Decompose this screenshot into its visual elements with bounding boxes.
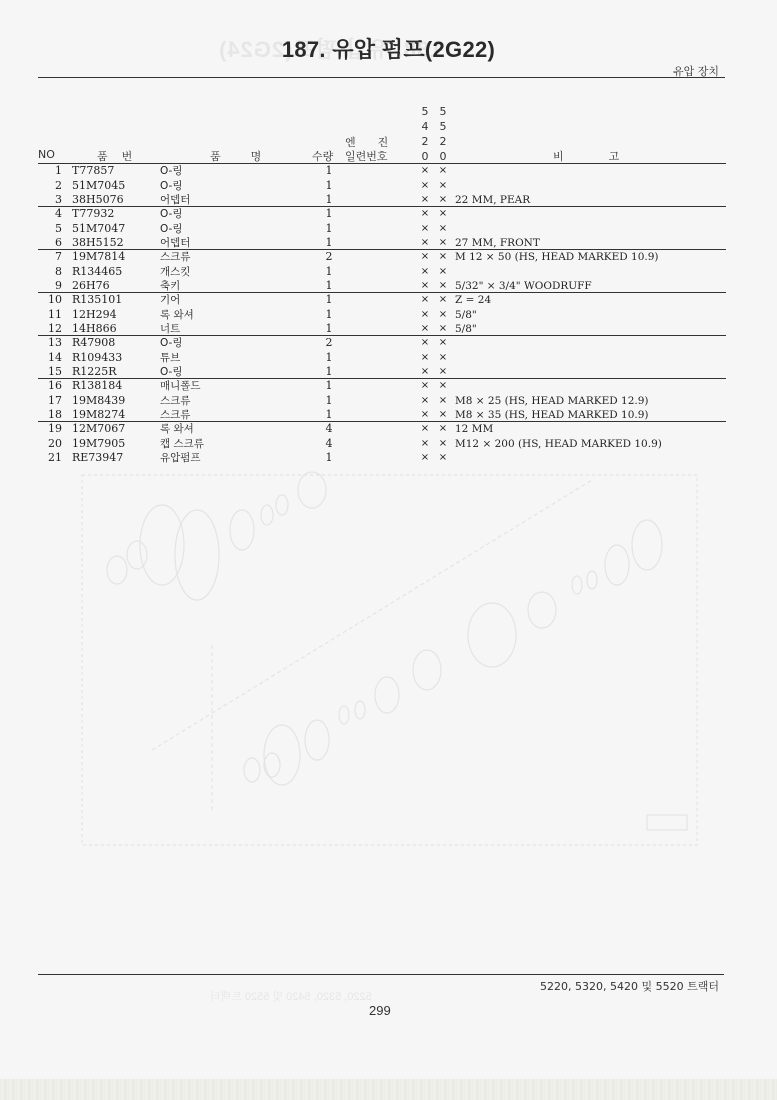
part-number: 51M7045	[72, 179, 125, 193]
model-digit: 2	[437, 134, 449, 149]
part-name: O-링	[160, 207, 183, 221]
part-number: R109433	[72, 351, 122, 365]
model-5520-mark: ×	[437, 265, 449, 279]
quantity: 1	[322, 293, 336, 307]
page-number: 299	[369, 1003, 391, 1018]
header-remarks: 비고	[553, 148, 664, 164]
quantity: 1	[322, 351, 336, 365]
part-index: 5	[38, 222, 62, 236]
model-5520-mark: ×	[437, 322, 449, 336]
model-column-5420: 5 4 2 0	[419, 104, 431, 164]
model-5420-mark: ×	[419, 437, 431, 451]
model-5520-mark: ×	[437, 379, 449, 393]
part-index: 18	[38, 408, 62, 422]
table-row: 1214H866너트1××5/8"	[38, 322, 726, 336]
table-row: 14R109433튜브1××	[38, 351, 726, 366]
remark: 5/32" × 3/4" WOODRUFF	[455, 279, 592, 293]
part-name: 록 와셔	[160, 308, 194, 322]
table-row: 1912M7067록 와셔4××12 MM	[38, 422, 726, 437]
table-row: 1T77857O-링1××	[38, 164, 726, 179]
quantity: 1	[322, 408, 336, 422]
part-number: 26H76	[72, 279, 110, 293]
model-5420-mark: ×	[419, 279, 431, 293]
model-5520-mark: ×	[437, 279, 449, 293]
table-row: 926H76축키1××5/32" × 3/4" WOODRUFF	[38, 279, 726, 293]
part-number: T77932	[72, 207, 114, 221]
part-index: 9	[38, 279, 62, 293]
part-name: 캡 스크류	[160, 437, 204, 451]
part-index: 2	[38, 179, 62, 193]
ghost-exploded-drawing	[72, 470, 702, 850]
model-digit: 0	[419, 149, 431, 164]
table-row: 15R1225RO-링1××	[38, 365, 726, 379]
header-quantity: 수량	[312, 148, 333, 164]
part-name: O-링	[160, 222, 183, 236]
part-index: 17	[38, 394, 62, 408]
model-digit: 5	[419, 104, 431, 119]
model-5420-mark: ×	[419, 379, 431, 393]
table-row: 251M7045O-링1××	[38, 179, 726, 194]
table-row: 1819M8274스크류1××M8 × 35 (HS, HEAD MARKED …	[38, 408, 726, 422]
part-name: 스크류	[160, 250, 190, 264]
model-5520-mark: ×	[437, 236, 449, 250]
model-5520-mark: ×	[437, 408, 449, 422]
model-5520-mark: ×	[437, 164, 449, 178]
table-row: 719M7814스크류2××M 12 × 50 (HS, HEAD MARKED…	[38, 250, 726, 265]
part-number: 38H5076	[72, 193, 124, 207]
model-5520-mark: ×	[437, 451, 449, 465]
header-part-no: 품번	[97, 148, 146, 164]
part-number: 14H866	[72, 322, 117, 336]
model-5420-mark: ×	[419, 351, 431, 365]
quantity: 1	[322, 207, 336, 221]
quantity: 1	[322, 265, 336, 279]
model-5520-mark: ×	[437, 222, 449, 236]
quantity: 1	[322, 279, 336, 293]
part-name: 록 와셔	[160, 422, 194, 436]
table-row: 10R135101기어1××Z = 24	[38, 293, 726, 308]
part-number: R47908	[72, 336, 115, 350]
part-index: 13	[38, 336, 62, 350]
remark: M8 × 25 (HS, HEAD MARKED 12.9)	[455, 394, 649, 408]
part-number: 51M7047	[72, 222, 125, 236]
remark: 5/8"	[455, 322, 477, 336]
part-index: 8	[38, 265, 62, 279]
model-5420-mark: ×	[419, 250, 431, 264]
part-number: R134465	[72, 265, 122, 279]
part-number: 19M7905	[72, 437, 125, 451]
part-index: 3	[38, 193, 62, 207]
model-5420-mark: ×	[419, 164, 431, 178]
part-number: 38H5152	[72, 236, 124, 250]
ghost-footer-bleed: 5220, 5320, 5420 및 5520 트랙터	[210, 988, 372, 1004]
quantity: 1	[322, 164, 336, 178]
model-5420-mark: ×	[419, 207, 431, 221]
model-5520-mark: ×	[437, 293, 449, 307]
model-5420-mark: ×	[419, 422, 431, 436]
table-row: 13R47908O-링2××	[38, 336, 726, 351]
model-5520-mark: ×	[437, 250, 449, 264]
table-row: 2019M7905캡 스크류4××M12 × 200 (HS, HEAD MAR…	[38, 437, 726, 452]
model-digit: 4	[419, 119, 431, 134]
quantity: 1	[322, 222, 336, 236]
model-5420-mark: ×	[419, 222, 431, 236]
part-number: 12M7067	[72, 422, 125, 436]
part-name: 튜브	[160, 351, 180, 365]
remark: 22 MM, PEAR	[455, 193, 530, 207]
quantity: 1	[322, 308, 336, 322]
part-name: 유압펌프	[160, 451, 201, 465]
model-5420-mark: ×	[419, 322, 431, 336]
part-index: 15	[38, 365, 62, 379]
model-5520-mark: ×	[437, 308, 449, 322]
part-name: 어뎁터	[160, 236, 190, 250]
footer-model-label: 5220, 5320, 5420 및 5520 트랙터	[540, 978, 719, 994]
part-name: 개스킷	[160, 265, 190, 279]
model-5420-mark: ×	[419, 293, 431, 307]
model-5420-mark: ×	[419, 179, 431, 193]
parts-table: 1T77857O-링1××251M7045O-링1××338H5076어뎁터1×…	[38, 164, 726, 466]
part-number: R138184	[72, 379, 122, 393]
part-name: 기어	[160, 293, 180, 307]
model-5420-mark: ×	[419, 265, 431, 279]
model-digit: 2	[419, 134, 431, 149]
part-number: RE73947	[72, 451, 123, 465]
remark: Z = 24	[455, 293, 491, 307]
part-number: 19M8439	[72, 394, 125, 408]
model-5520-mark: ×	[437, 207, 449, 221]
remark: M 12 × 50 (HS, HEAD MARKED 10.9)	[455, 250, 659, 264]
header-part-name: 품명	[210, 148, 291, 164]
quantity: 1	[322, 379, 336, 393]
part-index: 4	[38, 207, 62, 221]
part-name: 스크류	[160, 394, 190, 408]
table-row: 4T77932O-링1××	[38, 207, 726, 222]
part-name: O-링	[160, 365, 183, 379]
header-rule	[38, 77, 725, 78]
model-5420-mark: ×	[419, 451, 431, 465]
part-name: 스크류	[160, 408, 190, 422]
model-digit: 5	[437, 119, 449, 134]
quantity: 4	[322, 437, 336, 451]
header-no: NO	[38, 148, 55, 161]
model-5520-mark: ×	[437, 437, 449, 451]
quantity: 2	[322, 250, 336, 264]
part-number: R1225R	[72, 365, 117, 379]
part-index: 10	[38, 293, 62, 307]
model-5420-mark: ×	[419, 394, 431, 408]
part-name: O-링	[160, 164, 183, 178]
model-5420-mark: ×	[419, 193, 431, 207]
model-5420-mark: ×	[419, 236, 431, 250]
table-row: 16R138184매니폴드1××	[38, 379, 726, 394]
quantity: 1	[322, 394, 336, 408]
header-serial-number: 일련번호	[345, 148, 388, 164]
part-index: 12	[38, 322, 62, 336]
part-number: R135101	[72, 293, 122, 307]
quantity: 2	[322, 336, 336, 350]
table-row: 8R134465개스킷1××	[38, 265, 726, 280]
part-name: 어뎁터	[160, 193, 190, 207]
model-5520-mark: ×	[437, 422, 449, 436]
part-name: 너트	[160, 322, 180, 336]
page-title: 187. 유압 펌프(2G22)	[0, 33, 777, 64]
part-index: 11	[38, 308, 62, 322]
part-index: 16	[38, 379, 62, 393]
table-row: 21RE73947유압펌프1××	[38, 451, 726, 466]
part-index: 7	[38, 250, 62, 264]
model-digit: 5	[437, 104, 449, 119]
model-5520-mark: ×	[437, 193, 449, 207]
quantity: 4	[322, 422, 336, 436]
model-5420-mark: ×	[419, 308, 431, 322]
table-row: 638H5152어뎁터1××27 MM, FRONT	[38, 236, 726, 250]
part-index: 6	[38, 236, 62, 250]
quantity: 1	[322, 179, 336, 193]
part-index: 20	[38, 437, 62, 451]
model-5420-mark: ×	[419, 365, 431, 379]
model-5520-mark: ×	[437, 336, 449, 350]
table-row: 551M7047O-링1××	[38, 222, 726, 237]
table-row: 338H5076어뎁터1××22 MM, PEAR	[38, 193, 726, 207]
part-index: 19	[38, 422, 62, 436]
quantity: 1	[322, 236, 336, 250]
part-number: 19M7814	[72, 250, 125, 264]
part-index: 1	[38, 164, 62, 178]
remark: 12 MM	[455, 422, 493, 436]
part-number: 19M8274	[72, 408, 125, 422]
part-index: 21	[38, 451, 62, 465]
part-name: 축키	[160, 279, 180, 293]
part-index: 14	[38, 351, 62, 365]
model-5520-mark: ×	[437, 179, 449, 193]
remark: 27 MM, FRONT	[455, 236, 540, 250]
model-5520-mark: ×	[437, 351, 449, 365]
remark: M12 × 200 (HS, HEAD MARKED 10.9)	[455, 437, 662, 451]
footer-rule	[38, 974, 724, 975]
part-number: T77857	[72, 164, 114, 178]
quantity: 1	[322, 365, 336, 379]
model-5520-mark: ×	[437, 365, 449, 379]
model-5420-mark: ×	[419, 336, 431, 350]
quantity: 1	[322, 322, 336, 336]
part-name: O-링	[160, 179, 183, 193]
part-name: 매니폴드	[160, 379, 201, 393]
part-number: 12H294	[72, 308, 117, 322]
model-5520-mark: ×	[437, 394, 449, 408]
remark: M8 × 35 (HS, HEAD MARKED 10.9)	[455, 408, 649, 422]
quantity: 1	[322, 193, 336, 207]
model-5420-mark: ×	[419, 408, 431, 422]
remark: 5/8"	[455, 308, 477, 322]
model-digit: 0	[437, 149, 449, 164]
table-row: 1112H294록 와셔1××5/8"	[38, 308, 726, 323]
part-name: O-링	[160, 336, 183, 350]
table-row: 1719M8439스크류1××M8 × 25 (HS, HEAD MARKED …	[38, 394, 726, 409]
model-column-5520: 5 5 2 0	[437, 104, 449, 164]
scan-edge	[0, 1079, 777, 1100]
quantity: 1	[322, 451, 336, 465]
